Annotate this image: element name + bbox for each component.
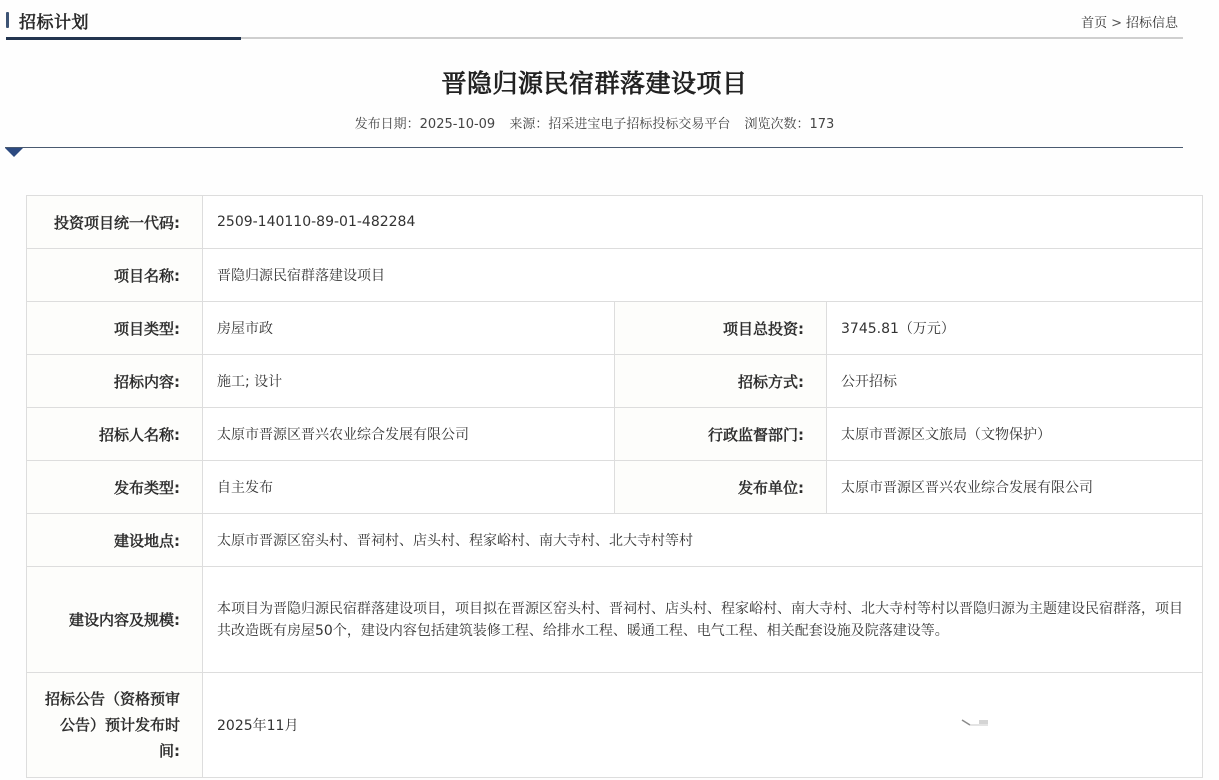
announcement-time-label: 招标公告（资格预审公告）预计发布时间: [27, 673, 203, 778]
breadcrumb-current-link[interactable]: 招标信息 [1126, 16, 1178, 31]
table-row: 投资项目统一代码: 2509-140110-89-01-482284 [27, 196, 1203, 249]
table-row: 建设内容及规模: 本项目为晋隐归源民宿群落建设项目，项目拟在晋源区窑头村、晋祠村… [27, 567, 1203, 673]
section-header: 招标计划 首页>招标信息 [6, 0, 1183, 40]
page-title: 晋隐归源民宿群落建设项目 [0, 64, 1189, 100]
tender-method-label: 招标方式: [615, 355, 827, 408]
project-code-value: 2509-140110-89-01-482284 [203, 196, 1203, 249]
scope-value: 本项目为晋隐归源民宿群落建设项目，项目拟在晋源区窑头村、晋祠村、店头村、程家峪村… [203, 567, 1203, 673]
pencil-icon [961, 718, 989, 728]
section-marker [6, 12, 9, 28]
tenderer-name-value: 太原市晋源区晋兴农业综合发展有限公司 [203, 408, 615, 461]
page: 招标计划 首页>招标信息 晋隐归源民宿群落建设项目 发布日期：2025-10-0… [0, 0, 1219, 780]
project-info-table: 投资项目统一代码: 2509-140110-89-01-482284 项目名称:… [26, 195, 1203, 778]
header-underline-active [6, 37, 241, 40]
breadcrumb-separator: > [1111, 16, 1122, 31]
location-label: 建设地点: [27, 514, 203, 567]
project-type-value: 房屋市政 [203, 302, 615, 355]
table-row: 发布类型: 自主发布 发布单位: 太原市晋源区晋兴农业综合发展有限公司 [27, 461, 1203, 514]
tender-content-label: 招标内容: [27, 355, 203, 408]
table-row: 建设地点: 太原市晋源区窑头村、晋祠村、店头村、程家峪村、南大寺村、北大寺村等村 [27, 514, 1203, 567]
publisher-label: 发布单位: [615, 461, 827, 514]
announcement-time-value: 2025年11月 [203, 673, 1203, 778]
project-type-label: 项目类型: [27, 302, 203, 355]
supervisor-value: 太原市晋源区文旅局（文物保护） [827, 408, 1203, 461]
source: 来源：招采进宝电子招标投标交易平台 [509, 117, 730, 132]
title-divider [5, 147, 1183, 148]
table-row: 项目类型: 房屋市政 项目总投资: 3745.81（万元） [27, 302, 1203, 355]
total-investment-value: 3745.81（万元） [827, 302, 1203, 355]
section-title: 招标计划 [19, 8, 89, 33]
table-row: 招标人名称: 太原市晋源区晋兴农业综合发展有限公司 行政监督部门: 太原市晋源区… [27, 408, 1203, 461]
location-value: 太原市晋源区窑头村、晋祠村、店头村、程家峪村、南大寺村、北大寺村等村 [203, 514, 1203, 567]
project-code-label: 投资项目统一代码: [27, 196, 203, 249]
publish-type-value: 自主发布 [203, 461, 615, 514]
total-investment-label: 项目总投资: [615, 302, 827, 355]
view-count: 浏览次数：173 [745, 117, 835, 132]
project-name-value: 晋隐归源民宿群落建设项目 [203, 249, 1203, 302]
triangle-down-icon [5, 148, 23, 157]
breadcrumb-home-link[interactable]: 首页 [1081, 16, 1107, 31]
publisher-value: 太原市晋源区晋兴农业综合发展有限公司 [827, 461, 1203, 514]
supervisor-label: 行政监督部门: [615, 408, 827, 461]
tender-content-value: 施工; 设计 [203, 355, 615, 408]
table-row: 招标公告（资格预审公告）预计发布时间: 2025年11月 [27, 673, 1203, 778]
tender-method-value: 公开招标 [827, 355, 1203, 408]
project-name-label: 项目名称: [27, 249, 203, 302]
publish-date: 发布日期：2025-10-09 [355, 117, 496, 132]
table-row: 项目名称: 晋隐归源民宿群落建设项目 [27, 249, 1203, 302]
breadcrumb: 首页>招标信息 [1081, 12, 1178, 31]
tenderer-name-label: 招标人名称: [27, 408, 203, 461]
article-meta: 发布日期：2025-10-09 来源：招采进宝电子招标投标交易平台 浏览次数：1… [0, 113, 1189, 132]
table-row: 招标内容: 施工; 设计 招标方式: 公开招标 [27, 355, 1203, 408]
scope-label: 建设内容及规模: [27, 567, 203, 673]
publish-type-label: 发布类型: [27, 461, 203, 514]
